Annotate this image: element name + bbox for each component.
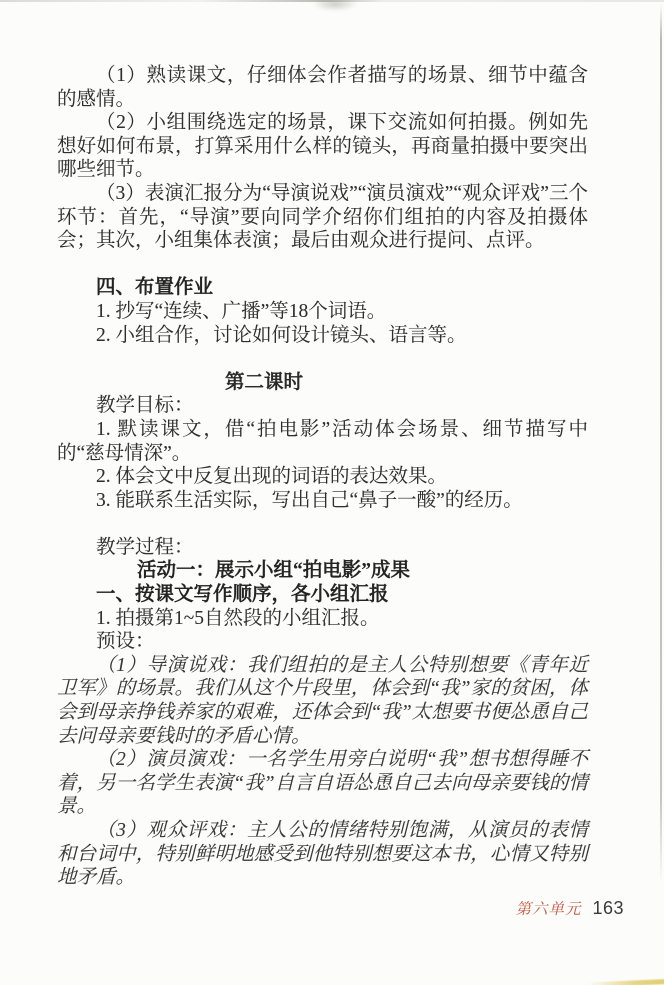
scan-edge-right — [660, 4, 662, 884]
lesson-heading: 第二课时 — [225, 371, 588, 395]
paragraph-step-1: （1）熟读课文，仔细体会作者描写的场景、细节中蕴含的感情。 — [57, 64, 588, 111]
page-footer: 第六单元 163 — [515, 897, 624, 919]
homework-item-1: 1. 抄写“连续、广播”等18个词语。 — [57, 300, 588, 324]
paragraph-step-3: （3）表演汇报分为“导演说戏”“演员演戏”“观众评戏”三个环节：首先，“导演”要… — [57, 182, 588, 253]
goal-item-3: 3. 能联系生活实际，写出自己“鼻子一酸”的经历。 — [57, 489, 588, 513]
goal-item-2: 2. 体会文中反复出现的词语的表达效果。 — [57, 465, 588, 489]
page-content: （1）熟读课文，仔细体会作者描写的场景、细节中蕴含的感情。 （2）小组围绕选定的… — [57, 64, 588, 890]
page-edge-highlight — [588, 979, 664, 985]
preset-paragraph-3: （3）观众评戏：主人公的情绪特别饱满，从演员的表情和台词中，特别鲜明地感受到他特… — [57, 819, 588, 890]
footer-unit-label: 第六单元 — [515, 897, 581, 919]
paragraph-step-2: （2）小组围绕选定的场景，课下交流如何拍摄。例如先想好如何布景，打算采用什么样的… — [57, 111, 588, 182]
footer-page-number: 163 — [592, 898, 624, 919]
preset-paragraph-2: （2）演员演戏：一名学生用旁白说明“我”想书想得睡不着，另一名学生表演“我”自言… — [57, 748, 588, 819]
scanned-book-page: （1）熟读课文，仔细体会作者描写的场景、细节中蕴含的感情。 （2）小组围绕选定的… — [0, 0, 664, 985]
preset-label: 预设： — [57, 630, 588, 654]
homework-item-2: 2. 小组合作，讨论如何设计镜头、语言等。 — [57, 324, 588, 348]
preset-paragraph-1: （1）导演说戏：我们组拍的是主人公特别想要《青年近卫军》的场景。我们从这个片段里… — [57, 654, 588, 748]
activity-heading: 活动一：展示小组“拍电影”成果 — [137, 559, 588, 583]
section-heading-homework: 四、布置作业 — [57, 276, 588, 300]
report-item-1: 1. 拍摄第1~5自然段的小组汇报。 — [57, 607, 588, 631]
teaching-goals-label: 教学目标： — [57, 394, 588, 418]
subsection-heading-report: 一、按课文写作顺序，各小组汇报 — [57, 583, 588, 607]
teaching-process-label: 教学过程： — [57, 536, 588, 560]
goal-item-1: 1. 默读课文，借“拍电影”活动体会场景、细节描写中的“慈母情深”。 — [57, 418, 588, 465]
scan-smudge — [312, 0, 358, 11]
